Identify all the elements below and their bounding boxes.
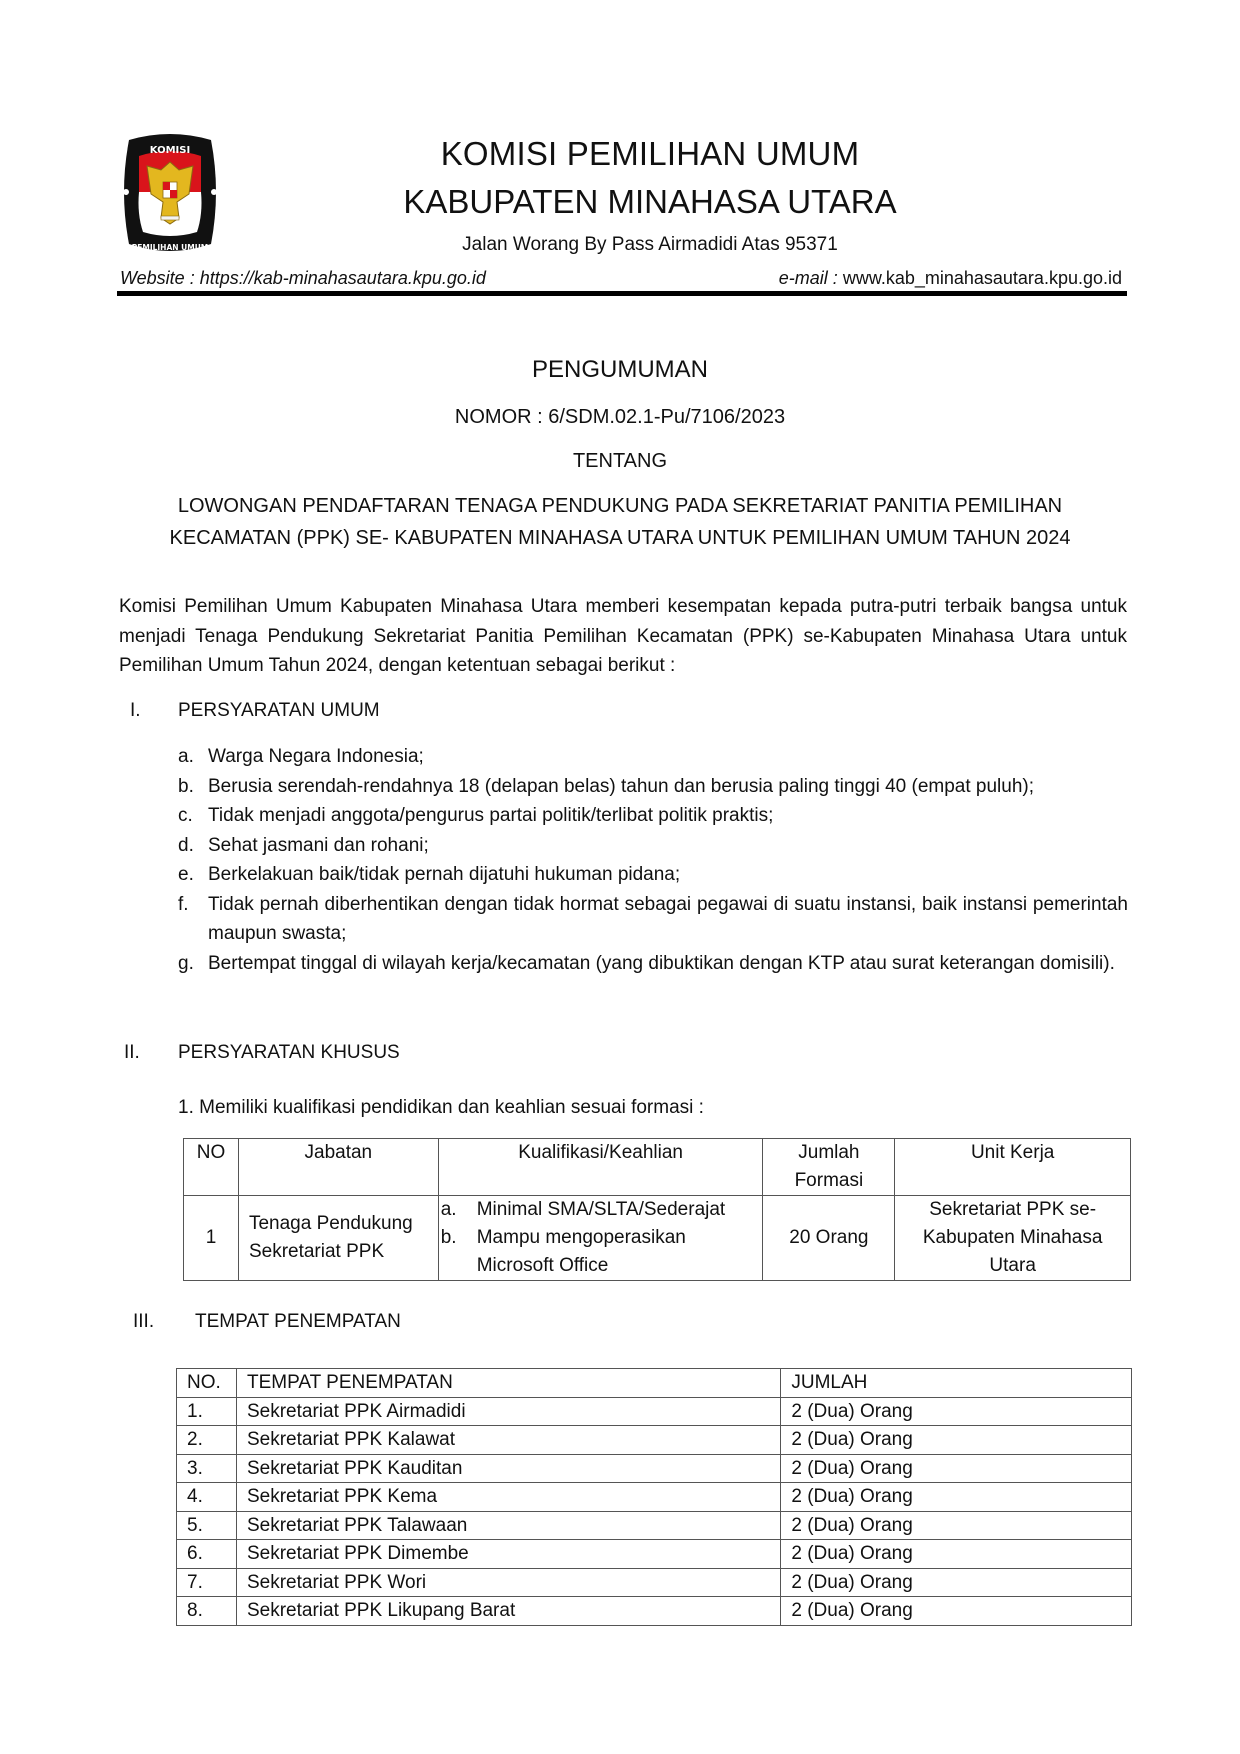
cell-place: Sekretariat PPK Talawaan	[236, 1511, 780, 1540]
table-header-row: NO. TEMPAT PENEMPATAN JUMLAH	[177, 1369, 1132, 1398]
column-header: TEMPAT PENEMPATAN	[236, 1369, 780, 1398]
cell-place: Sekretariat PPK Kema	[236, 1483, 780, 1512]
cell-place: Sekretariat PPK Kauditan	[236, 1454, 780, 1483]
cell-jumlah: 20 Orang	[763, 1196, 895, 1281]
column-header: NO.	[177, 1369, 237, 1398]
cell-count: 2 (Dua) Orang	[781, 1511, 1132, 1540]
qualification-table: NO Jabatan Kualifikasi/Keahlian Jumlah F…	[183, 1138, 1131, 1281]
cell-no: 8.	[177, 1597, 237, 1626]
cell-unit: Sekretariat PPK se-Kabupaten Minahasa Ut…	[895, 1196, 1131, 1281]
column-header: JUMLAH	[781, 1369, 1132, 1398]
announcement-subject-line1: LOWONGAN PENDAFTARAN TENAGA PENDUKUNG PA…	[0, 495, 1240, 518]
org-address: Jalan Worang By Pass Airmadidi Atas 9537…	[0, 234, 1240, 256]
cell-count: 2 (Dua) Orang	[781, 1568, 1132, 1597]
cell-place: Sekretariat PPK Kalawat	[236, 1426, 780, 1455]
cell-no: 5.	[177, 1511, 237, 1540]
announcement-title: PENGUMUMAN	[0, 356, 1240, 384]
cell-count: 2 (Dua) Orang	[781, 1397, 1132, 1426]
announcement-subject-line2: KECAMATAN (PPK) SE- KABUPATEN MINAHASA U…	[0, 527, 1240, 550]
cell-jabatan: Tenaga Pendukung Sekretariat PPK	[238, 1196, 438, 1281]
cell-count: 2 (Dua) Orang	[781, 1540, 1132, 1569]
section-number: II.	[124, 1042, 140, 1064]
cell-count: 2 (Dua) Orang	[781, 1454, 1132, 1483]
cell-no: 7.	[177, 1568, 237, 1597]
website-link[interactable]: https://kab-minahasautara.kpu.go.id	[200, 268, 486, 288]
table-row: 6.Sekretariat PPK Dimembe2 (Dua) Orang	[177, 1540, 1132, 1569]
email-line: e-mail : www.kab_minahasautara.kpu.go.id	[779, 268, 1122, 289]
section-number: III.	[133, 1311, 154, 1333]
column-header: Jabatan	[238, 1139, 438, 1196]
cell-place: Sekretariat PPK Likupang Barat	[236, 1597, 780, 1626]
table-row: 4.Sekretariat PPK Kema2 (Dua) Orang	[177, 1483, 1132, 1512]
table-row: 1 Tenaga Pendukung Sekretariat PPK a.Min…	[184, 1196, 1131, 1281]
table-row: 8.Sekretariat PPK Likupang Barat2 (Dua) …	[177, 1597, 1132, 1626]
column-header: NO	[184, 1139, 239, 1196]
column-header: Jumlah Formasi	[763, 1139, 895, 1196]
table-header-row: NO Jabatan Kualifikasi/Keahlian Jumlah F…	[184, 1139, 1131, 1196]
document-page: KOMISI PEMILIHAN UMUM KOMISI PEMILIHAN U…	[0, 0, 1240, 1754]
email-label: e-mail :	[779, 268, 838, 288]
cell-no: 4.	[177, 1483, 237, 1512]
cell-no: 1.	[177, 1397, 237, 1426]
announcement-about: TENTANG	[0, 450, 1240, 473]
website-label: Website :	[120, 268, 195, 288]
requirement-item: d.Sehat jasmani dan rohani;	[178, 831, 1128, 861]
qualification-item: a.Minimal SMA/SLTA/Sederajat	[441, 1196, 759, 1224]
requirement-item: e.Berkelakuan baik/tidak pernah dijatuhi…	[178, 860, 1128, 890]
column-header: Unit Kerja	[895, 1139, 1131, 1196]
cell-count: 2 (Dua) Orang	[781, 1597, 1132, 1626]
table-row: 3.Sekretariat PPK Kauditan2 (Dua) Orang	[177, 1454, 1132, 1483]
website-line: Website : https://kab-minahasautara.kpu.…	[120, 268, 486, 289]
table-row: 1.Sekretariat PPK Airmadidi2 (Dua) Orang	[177, 1397, 1132, 1426]
section-title: TEMPAT PENEMPATAN	[195, 1311, 401, 1333]
table-row: 5.Sekretariat PPK Talawaan2 (Dua) Orang	[177, 1511, 1132, 1540]
email-link[interactable]: www.kab_minahasautara.kpu.go.id	[843, 268, 1122, 288]
section-title: PERSYARATAN UMUM	[178, 700, 380, 722]
org-name-line1: KOMISI PEMILIHAN UMUM	[0, 135, 1240, 173]
requirement-item: a.Warga Negara Indonesia;	[178, 742, 1128, 772]
qualification-item: b.Mampu mengoperasikan Microsoft Office	[441, 1224, 759, 1280]
cell-count: 2 (Dua) Orang	[781, 1483, 1132, 1512]
org-name-line2: KABUPATEN MINAHASA UTARA	[0, 183, 1240, 221]
cell-place: Sekretariat PPK Wori	[236, 1568, 780, 1597]
letterhead-divider	[117, 291, 1127, 296]
column-header: Kualifikasi/Keahlian	[438, 1139, 763, 1196]
intro-paragraph: Komisi Pemilihan Umum Kabupaten Minahasa…	[119, 592, 1127, 681]
cell-no: 3.	[177, 1454, 237, 1483]
cell-no: 1	[184, 1196, 239, 1281]
section-title: PERSYARATAN KHUSUS	[178, 1042, 400, 1064]
cell-no: 6.	[177, 1540, 237, 1569]
cell-kualifikasi: a.Minimal SMA/SLTA/Sederajat b.Mampu men…	[438, 1196, 763, 1281]
requirement-item: g.Bertempat tinggal di wilayah kerja/kec…	[178, 949, 1128, 979]
cell-place: Sekretariat PPK Dimembe	[236, 1540, 780, 1569]
requirement-item: c.Tidak menjadi anggota/pengurus partai …	[178, 801, 1128, 831]
section-number: I.	[130, 700, 141, 722]
requirement-item: b.Berusia serendah-rendahnya 18 (delapan…	[178, 772, 1128, 802]
announcement-number: NOMOR : 6/SDM.02.1-Pu/7106/2023	[0, 406, 1240, 429]
table-row: 2.Sekretariat PPK Kalawat2 (Dua) Orang	[177, 1426, 1132, 1455]
cell-count: 2 (Dua) Orang	[781, 1426, 1132, 1455]
cell-place: Sekretariat PPK Airmadidi	[236, 1397, 780, 1426]
table-row: 7.Sekretariat PPK Wori2 (Dua) Orang	[177, 1568, 1132, 1597]
cell-no: 2.	[177, 1426, 237, 1455]
general-requirements-list: a.Warga Negara Indonesia;b.Berusia seren…	[178, 742, 1128, 978]
requirement-item: f.Tidak pernah diberhentikan dengan tida…	[178, 890, 1128, 949]
placement-table: NO. TEMPAT PENEMPATAN JUMLAH 1.Sekretari…	[176, 1368, 1132, 1626]
